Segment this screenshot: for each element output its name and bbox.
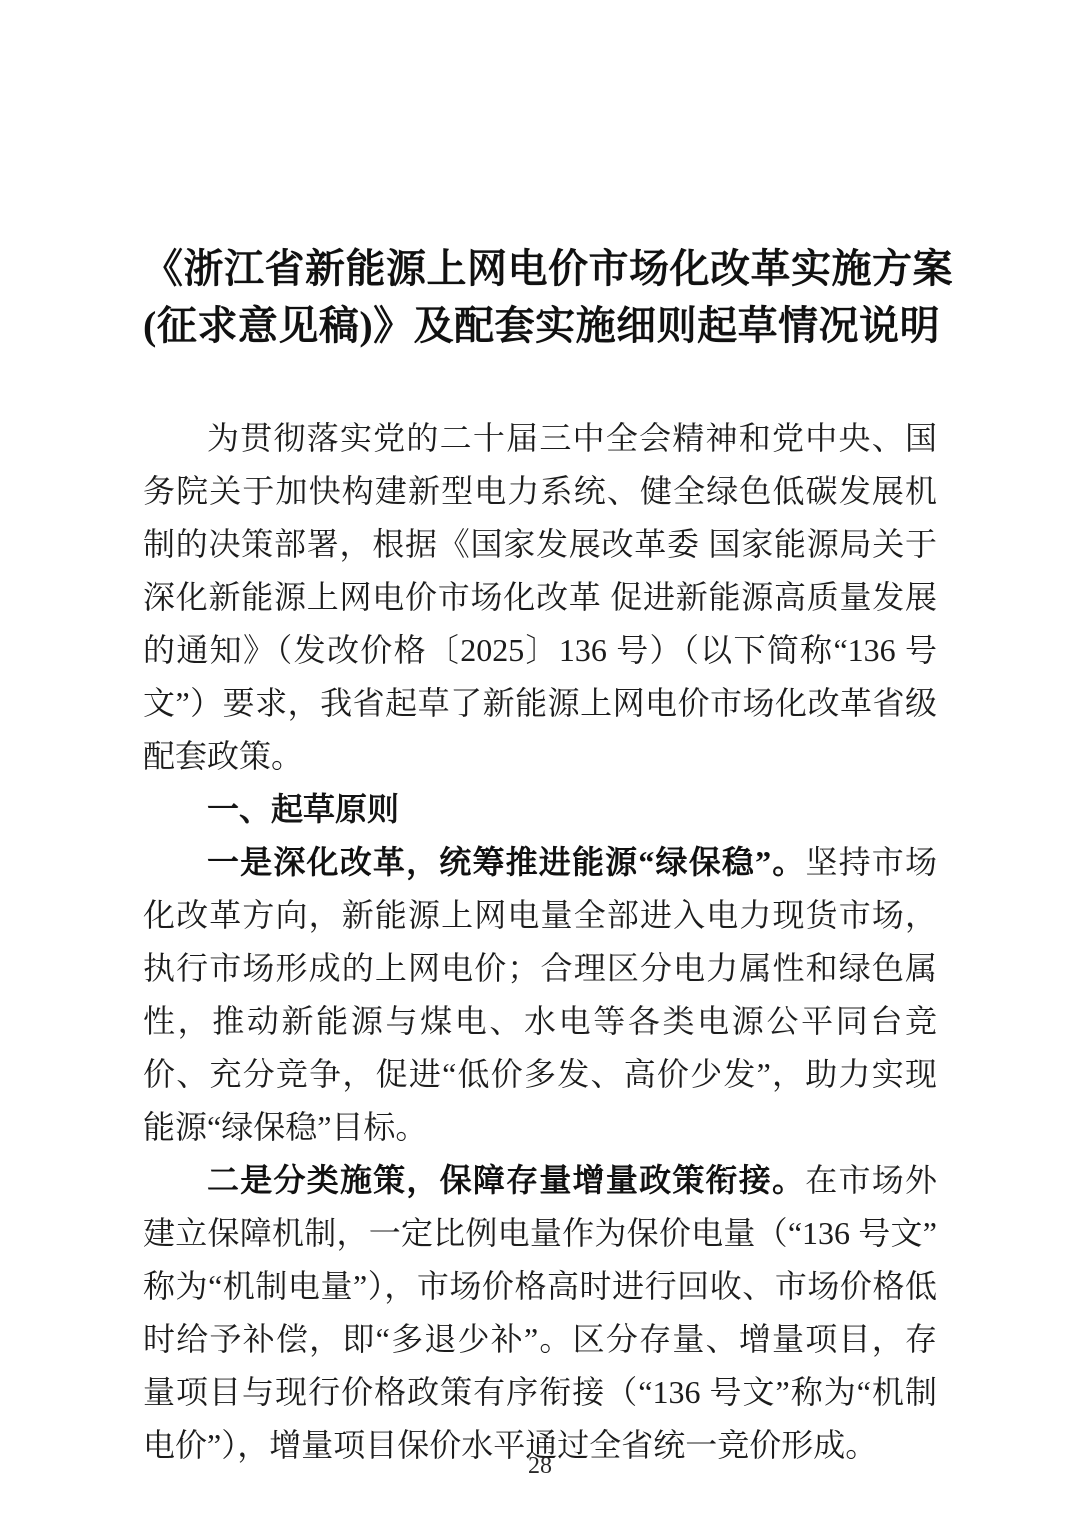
intro-paragraph: 为贯彻落实党的二十届三中全会精神和党中央、国务院关于加快构建新型电力系统、健全绿… — [143, 412, 937, 783]
principle-1-body: 坚持市场化改革方向，新能源上网电量全部进入电力现货市场，执行市场形成的上网电价；… — [143, 844, 937, 1145]
section-heading-text: 一、起草原则 — [207, 791, 399, 827]
document-title-line-1: 《浙江省新能源上网电价市场化改革实施方案 — [143, 240, 937, 297]
document-title: 《浙江省新能源上网电价市场化改革实施方案 (征求意见稿)》及配套实施细则起草情况… — [143, 240, 937, 354]
principle-2-body: 在市场外建立保障机制，一定比例电量作为保价电量（“136 号文”称为“机制电量”… — [143, 1162, 937, 1463]
principle-paragraph-1: 一是深化改革，统筹推进能源“绿保稳”。坚持市场化改革方向，新能源上网电量全部进入… — [143, 836, 937, 1154]
intro-paragraph-text: 为贯彻落实党的二十届三中全会精神和党中央、国务院关于加快构建新型电力系统、健全绿… — [143, 420, 937, 774]
document-body: 为贯彻落实党的二十届三中全会精神和党中央、国务院关于加快构建新型电力系统、健全绿… — [143, 412, 937, 1472]
document-content: 《浙江省新能源上网电价市场化改革实施方案 (征求意见稿)》及配套实施细则起草情况… — [0, 0, 1080, 1472]
principle-paragraph-2: 二是分类施策，保障存量增量政策衔接。在市场外建立保障机制，一定比例电量作为保价电… — [143, 1154, 937, 1472]
section-heading-drafting-principles: 一、起草原则 — [143, 783, 937, 836]
principle-2-lead: 二是分类施策，保障存量增量政策衔接。 — [207, 1162, 805, 1198]
document-page: 《浙江省新能源上网电价市场化改革实施方案 (征求意见稿)》及配套实施细则起草情况… — [0, 0, 1080, 1527]
document-title-line-2: (征求意见稿)》及配套实施细则起草情况说明 — [143, 297, 937, 354]
principle-1-lead: 一是深化改革，统筹推进能源“绿保稳”。 — [207, 844, 805, 880]
page-number: 28 — [0, 1453, 1080, 1479]
